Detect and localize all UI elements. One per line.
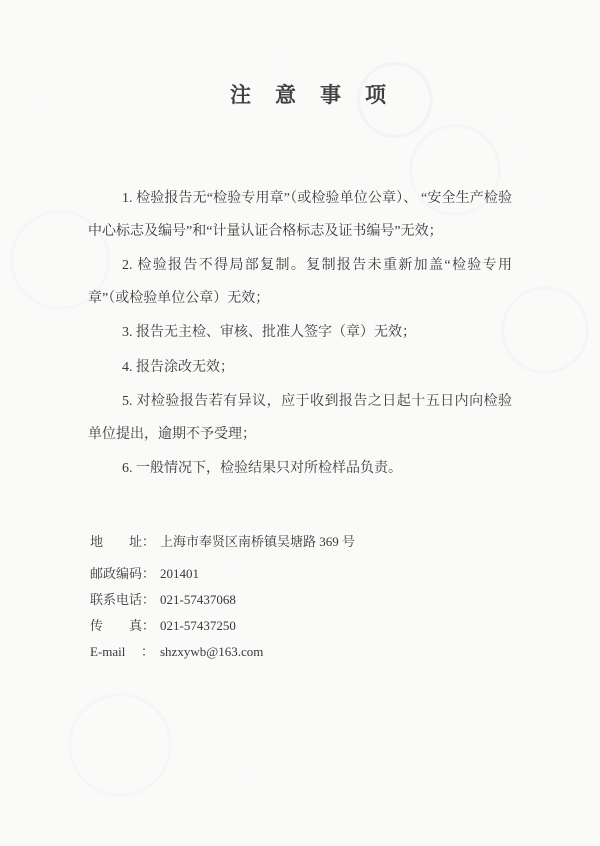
contact-row-phone: 联系电话：021-57437068 xyxy=(90,590,600,610)
contact-label-phone: 联系电话： xyxy=(90,590,154,610)
contact-row-fax: 传 真：021-57437250 xyxy=(90,616,600,636)
scanned-notice-page: 注意事项 1. 检验报告无“检验专用章”（或检验单位公章）、 “安全生产检验中心… xyxy=(0,0,600,846)
contact-value-postcode: 201401 xyxy=(160,564,199,584)
contact-value-email: shzxywb@163.com xyxy=(160,642,263,662)
contact-label-postcode: 邮政编码： xyxy=(90,564,154,584)
contact-row-email: E-mail ：shzxywb@163.com xyxy=(90,642,600,662)
notes-list: 1. 检验报告无“检验专用章”（或检验单位公章）、 “安全生产检验中心标志及编号… xyxy=(88,183,512,486)
note-item-6: 6. 一般情况下，检验结果只对所检样品负责。 xyxy=(88,453,512,486)
contact-value-phone: 021-57437068 xyxy=(160,590,236,610)
contact-label-email: E-mail ： xyxy=(90,642,154,662)
contact-row-postcode: 邮政编码：201401 xyxy=(90,564,600,584)
contact-label-address: 地 址： xyxy=(90,532,154,552)
contact-value-fax: 021-57437250 xyxy=(160,616,236,636)
page-title: 注意事项 xyxy=(8,82,600,110)
note-item-4: 4. 报告涂改无效； xyxy=(88,352,512,385)
note-item-2: 2. 检验报告不得局部复制。复制报告未重新加盖“检验专用章”（或检验单位公章）无… xyxy=(88,250,512,315)
page-content: 注意事项 1. 检验报告无“检验专用章”（或检验单位公章）、 “安全生产检验中心… xyxy=(0,82,600,662)
contact-info: 地 址：上海市奉贤区南桥镇吴塘路 369 号 邮政编码：201401 联系电话：… xyxy=(90,532,600,662)
note-item-1: 1. 检验报告无“检验专用章”（或检验单位公章）、 “安全生产检验中心标志及编号… xyxy=(88,183,512,248)
note-item-5: 5. 对检验报告若有异议，应于收到报告之日起十五日内向检验单位提出，逾期不予受理… xyxy=(88,386,512,451)
note-item-3: 3. 报告无主检、审核、批准人签字（章）无效； xyxy=(88,317,512,350)
contact-label-fax: 传 真： xyxy=(90,616,154,636)
contact-value-address: 上海市奉贤区南桥镇吴塘路 369 号 xyxy=(160,532,355,552)
contact-row-address: 地 址：上海市奉贤区南桥镇吴塘路 369 号 xyxy=(90,532,600,552)
